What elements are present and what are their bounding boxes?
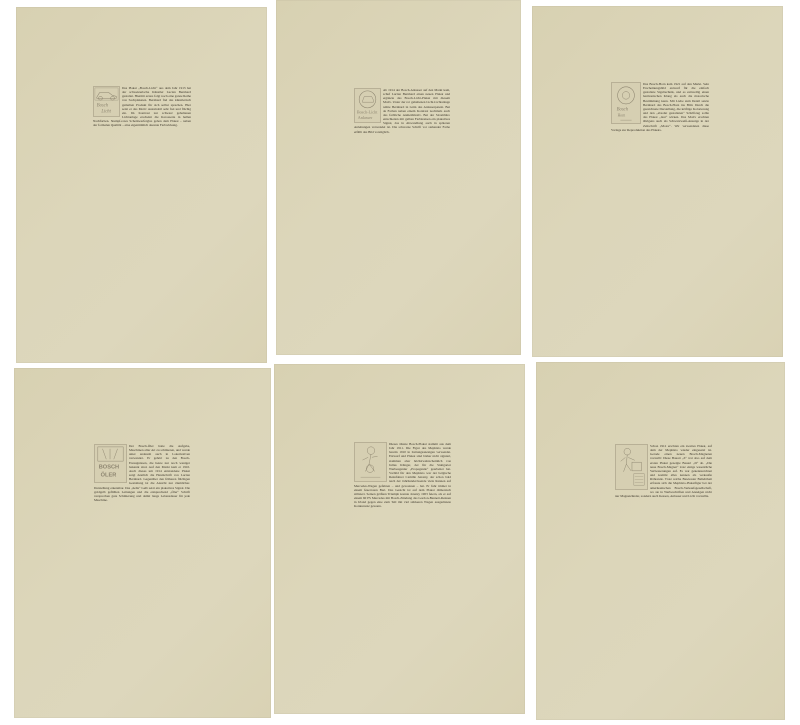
svg-text:Bosch: Bosch: [97, 104, 109, 109]
svg-text:Horn: Horn: [618, 113, 626, 117]
oiler-poster-icon: BOSCH ÖLER: [94, 444, 127, 483]
svg-text:Licht: Licht: [100, 109, 111, 114]
text-block: Bosch Licht Das Plakat „Bosch-Licht“ aus…: [93, 86, 191, 128]
document-page-4: BOSCH ÖLER Der Bosch-Öler hatte die Aufg…: [14, 368, 271, 718]
document-page-5: Dieses älteste Bosch-Plakat stammt aus d…: [274, 364, 525, 714]
headlamp-poster-icon: Bosch-Licht Anlasser: [354, 88, 381, 123]
text-block: Schon 1912 erschien ein zweites Plakat, …: [615, 444, 712, 498]
text-block: Bosch Horn Das Bosch-Horn kam 1921 auf d…: [611, 82, 709, 132]
svg-text:Anlasser: Anlasser: [358, 115, 373, 120]
car-poster-icon: Bosch Licht: [93, 86, 120, 117]
document-page-2: Bosch-Licht Anlasser Ab 1914 der Bosch-A…: [276, 0, 521, 355]
svg-text:Bosch: Bosch: [617, 108, 629, 113]
document-page-1: Bosch Licht Das Plakat „Bosch-Licht“ aus…: [16, 7, 267, 363]
text-block: BOSCH ÖLER Der Bosch-Öler hatte die Aufg…: [94, 444, 190, 502]
text-block: Dieses älteste Bosch-Plakat stammt aus d…: [354, 442, 451, 509]
text-block: Bosch-Licht Anlasser Ab 1914 der Bosch-A…: [354, 88, 450, 134]
mephisto-poster-icon: [354, 442, 387, 482]
horn-poster-icon: Bosch Horn: [611, 82, 641, 124]
svg-text:BOSCH: BOSCH: [99, 465, 119, 471]
magneto-poster-icon: [615, 444, 648, 490]
document-page-6: Schon 1912 erschien ein zweites Plakat, …: [536, 362, 785, 720]
svg-text:Bosch-Licht: Bosch-Licht: [357, 109, 378, 114]
svg-text:ÖLER: ÖLER: [101, 471, 117, 478]
document-page-3: Bosch Horn Das Bosch-Horn kam 1921 auf d…: [532, 6, 783, 357]
